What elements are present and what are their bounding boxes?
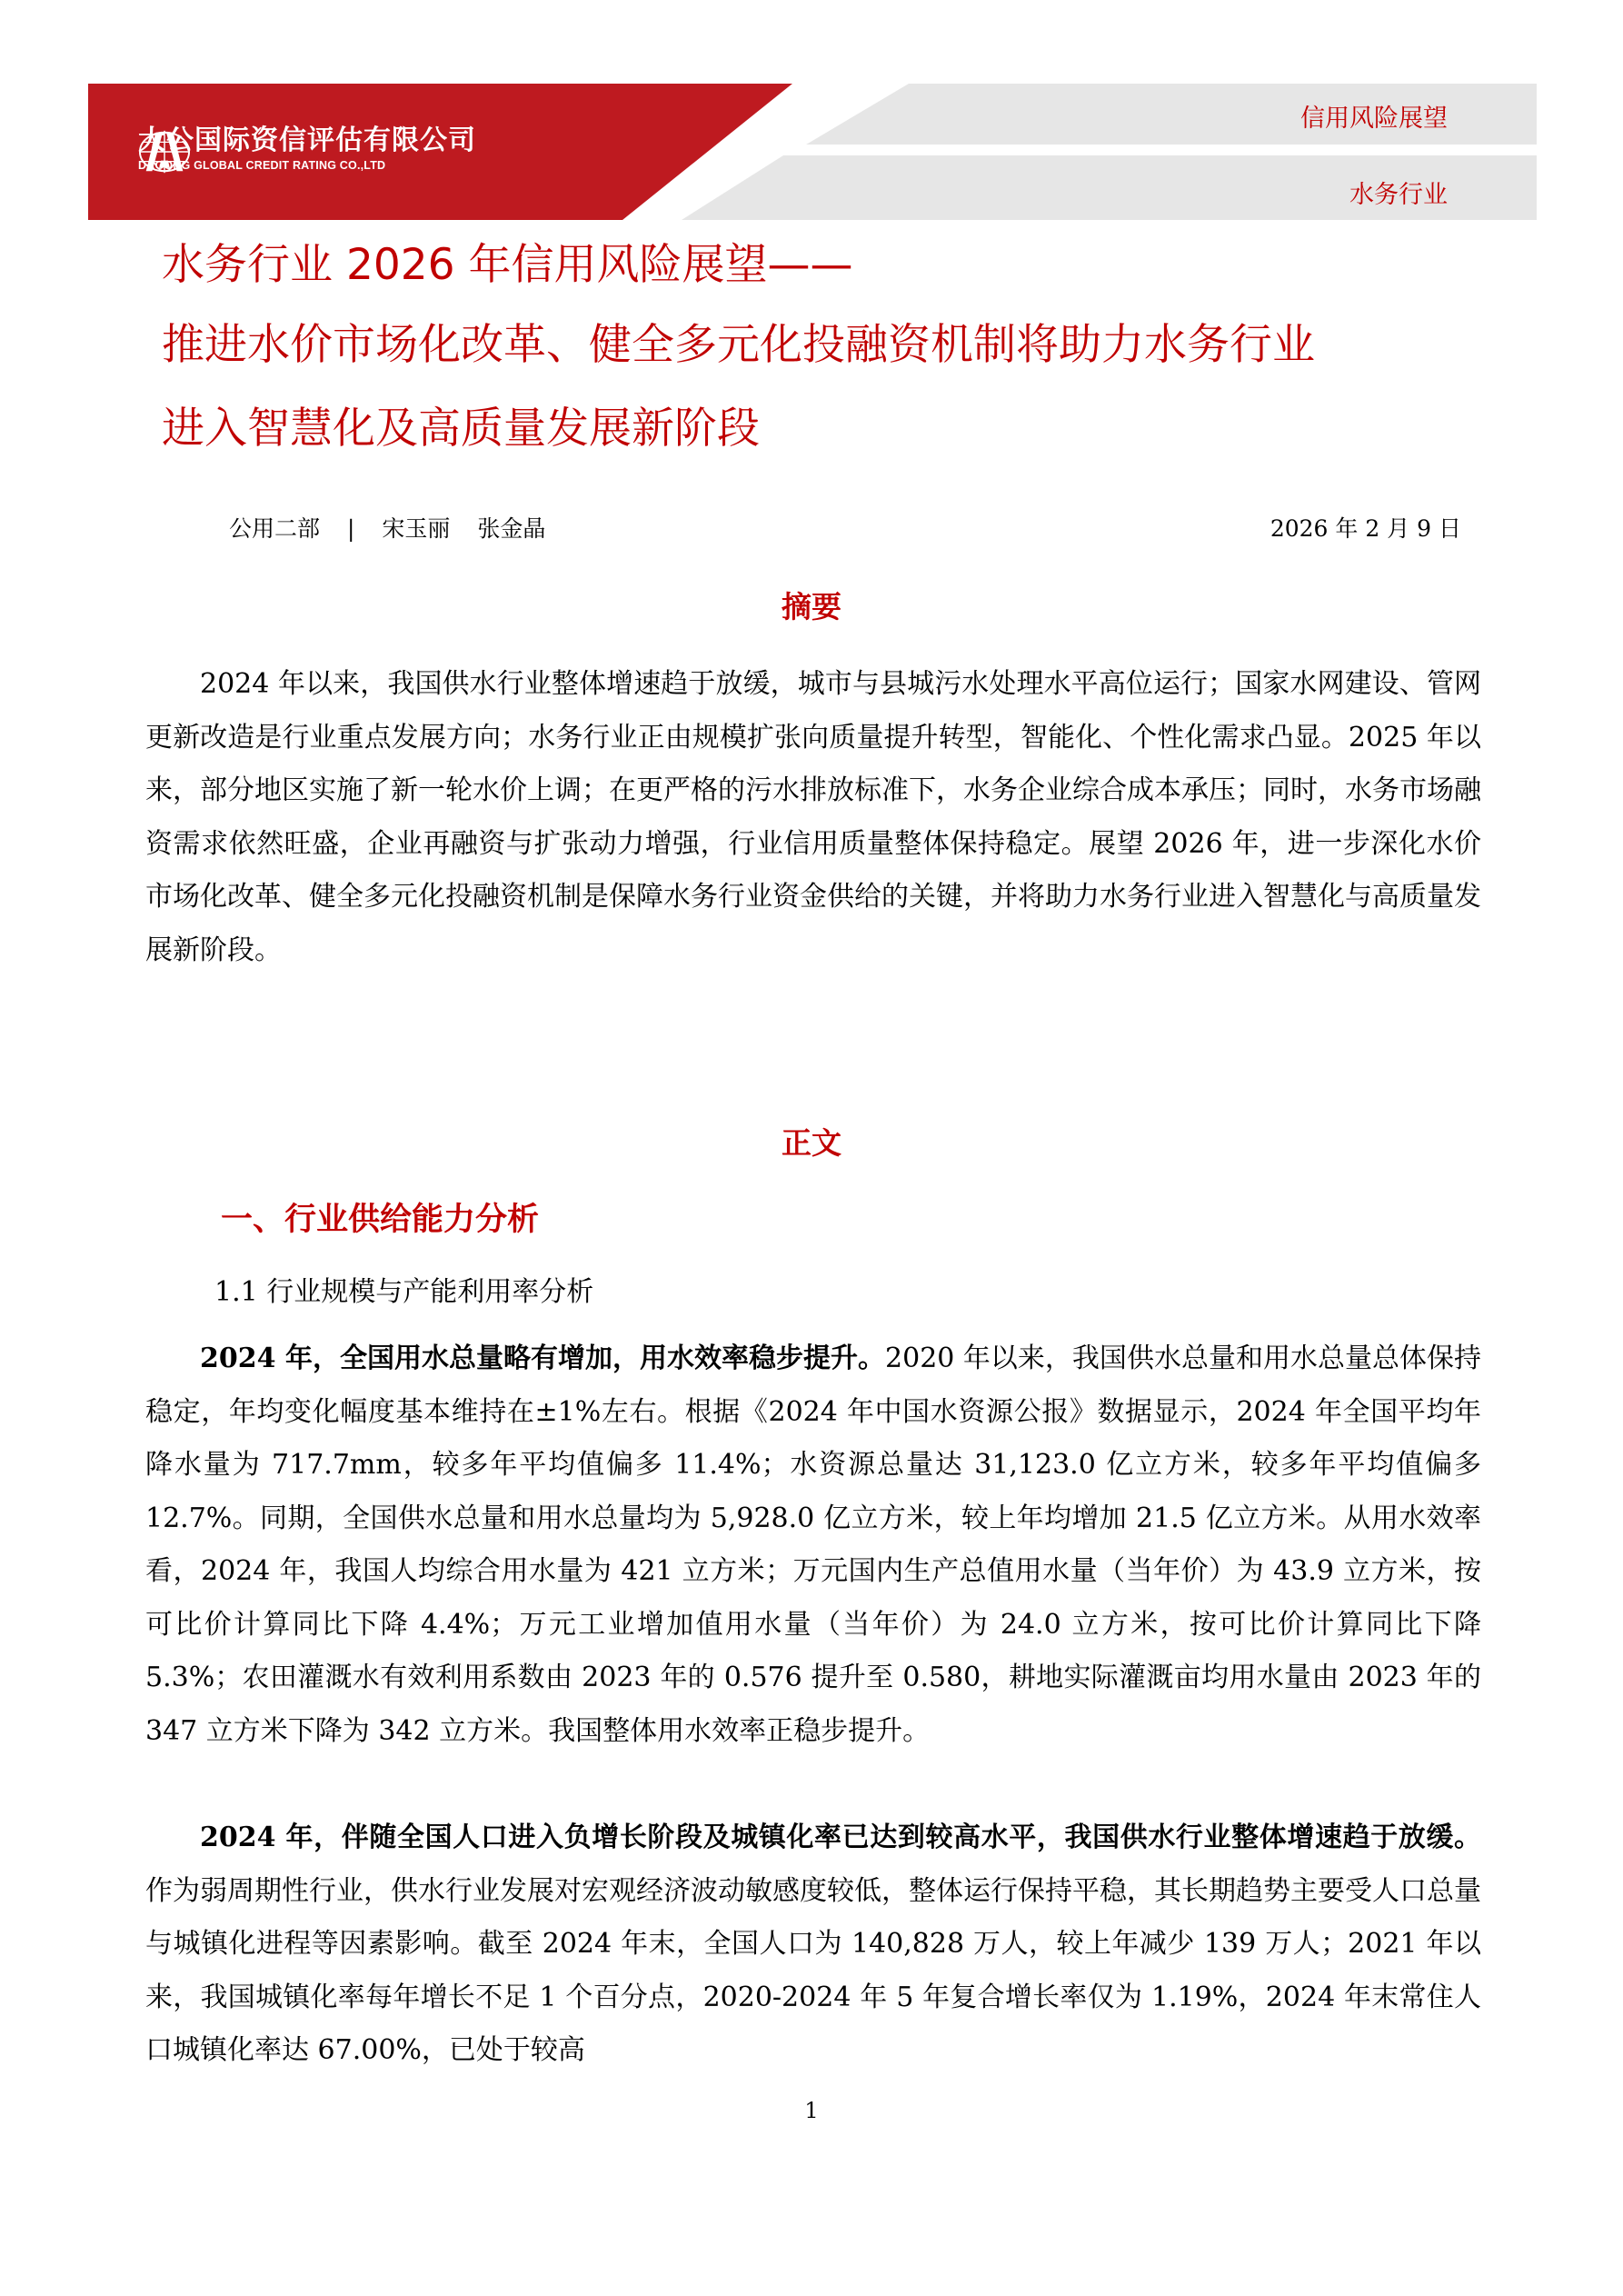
document-title-line-2: 推进水价市场化改革、健全多元化投融资机制将助力水务行业 (162, 318, 1315, 373)
body-paragraph: 2024 年，伴随全国人口进入负增长阶段及城镇化率已达到较高水平，我国供水行业整… (145, 1812, 1481, 2078)
department: 公用二部 (229, 515, 320, 542)
paragraph-text: 作为弱周期性行业，供水行业发展对宏观经济波动敏感度较低，整体运行保持平稳，其长期… (145, 1875, 1481, 2067)
paragraph-lead: 2024 年，伴随全国人口进入负增长阶段及城镇化率已达到较高水平，我国供水行业整… (200, 1822, 1481, 1853)
publish-date: 2026 年 2 月 9 日 (1270, 511, 1461, 544)
report-type-tag: 信用风险展望 (1300, 98, 1448, 134)
body-heading: 正文 (0, 1120, 1623, 1163)
document-title-line-3: 进入智慧化及高质量发展新阶段 (162, 402, 760, 456)
company-brand: 大公国际资信评估有限公司 DAGONG GLOBAL CREDIT RATING… (138, 125, 476, 173)
byline: 公用二部 | 宋玉丽 张金晶 (229, 511, 565, 544)
author: 张金晶 (477, 515, 545, 542)
byline-separator: | (347, 515, 354, 542)
document-title-line-1: 水务行业 2026 年信用风险展望—— (162, 238, 853, 293)
abstract-paragraph: 2024 年以来，我国供水行业整体增速趋于放缓，城市与县城污水处理水平高位运行；… (145, 658, 1481, 977)
subsection-heading: 1.1 行业规模与产能利用率分析 (214, 1269, 593, 1309)
section-heading: 一、行业供给能力分析 (221, 1194, 539, 1240)
page-number: 1 (0, 2098, 1623, 2123)
author: 宋玉丽 (382, 515, 450, 542)
paragraph-lead: 2024 年，全国用水总量略有增加，用水效率稳步提升。 (200, 1343, 885, 1374)
dagong-globe-logo-icon (138, 125, 191, 178)
header-banner: 大公国际资信评估有限公司 DAGONG GLOBAL CREDIT RATING… (0, 0, 1623, 236)
industry-tag: 水务行业 (1349, 175, 1448, 210)
body-paragraph: 2024 年，全国用水总量略有增加，用水效率稳步提升。2020 年以来，我国供水… (145, 1333, 1481, 1758)
paragraph-text: 2020 年以来，我国供水总量和用水总量总体保持稳定，年均变化幅度基本维持在±1… (145, 1343, 1481, 1747)
abstract-heading: 摘要 (0, 584, 1623, 626)
